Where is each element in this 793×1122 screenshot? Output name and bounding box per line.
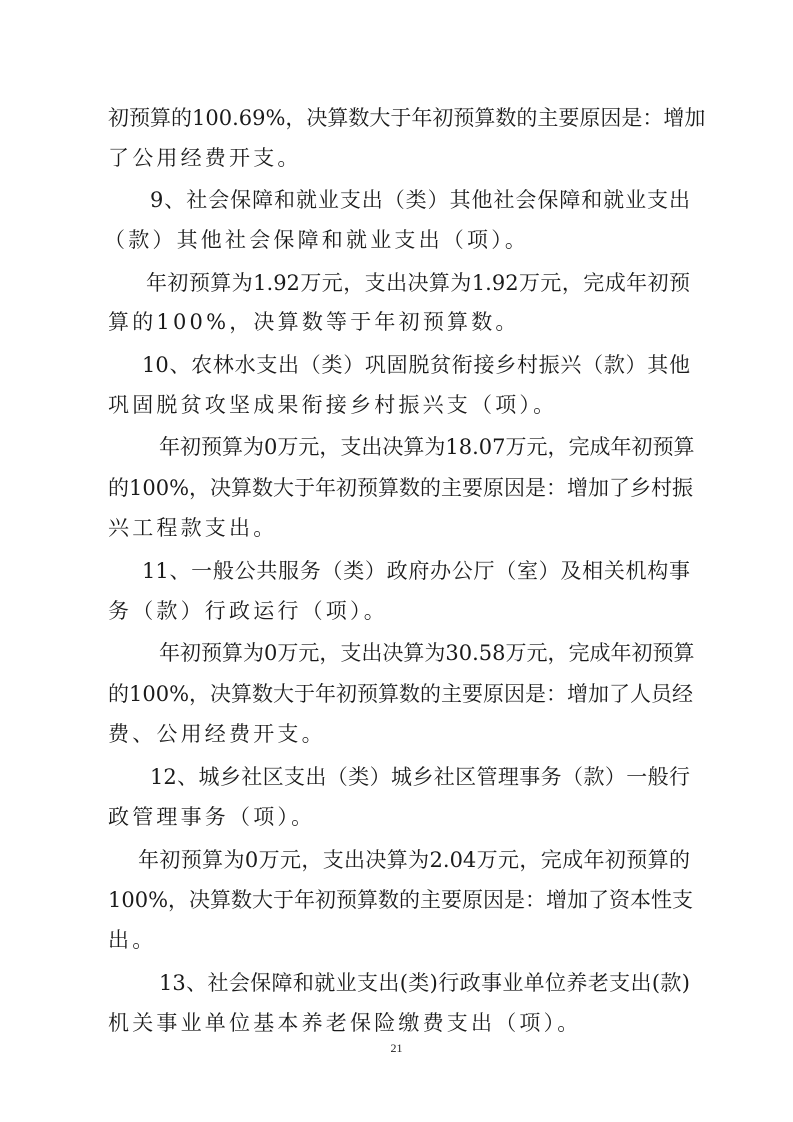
text-line: 政管理事务（项）。 — [108, 803, 690, 831]
document-page: 初预算的100.69%，决算数大于年初预算数的主要原因是：增加了公用经费开支。9… — [0, 0, 793, 1122]
text-line: 12、城乡社区支出（类）城乡社区管理事务（款）一般行 — [150, 763, 690, 791]
text-line: 兴工程款支出。 — [108, 514, 690, 542]
text-line: 年初预算为0万元，支出决算为30.58万元，完成年初预算 — [159, 639, 690, 667]
text-line: （款）其他社会保障和就业支出（项）。 — [104, 226, 690, 254]
text-line: 费、公用经费开支。 — [108, 720, 690, 748]
text-line: 初预算的100.69%，决算数大于年初预算数的主要原因是：增加 — [108, 104, 690, 132]
text-line: 13、社会保障和就业支出(类)行政事业单位养老支出(款) — [159, 969, 690, 997]
text-line: 巩固脱贫攻坚成果衔接乡村振兴支（项）。 — [108, 391, 690, 419]
text-line: 出。 — [108, 926, 690, 954]
text-line: 11、一般公共服务（类）政府办公厅（室）及相关机构事 — [142, 557, 690, 585]
text-line: 机关事业单位基本养老保险缴费支出（项）。 — [108, 1009, 690, 1037]
text-line: 的100%，决算数大于年初预算数的主要原因是：增加了乡村振 — [108, 474, 690, 502]
text-line: 100%，决算数大于年初预算数的主要原因是：增加了资本性支 — [108, 886, 690, 914]
text-line: 年初预算为1.92万元，支出决算为1.92万元，完成年初预 — [146, 269, 690, 297]
text-line: 10、农林水支出（类）巩固脱贫衔接乡村振兴（款）其他 — [142, 351, 690, 379]
text-line: 算的100%，决算数等于年初预算数。 — [108, 308, 690, 336]
text-line: 务（款）行政运行（项）。 — [108, 597, 690, 625]
text-line: 年初预算为0万元，支出决算为2.04万元，完成年初预算的 — [138, 846, 690, 874]
text-line: 了公用经费开支。 — [108, 144, 690, 172]
text-line: 9、社会保障和就业支出（类）其他社会保障和就业支出 — [150, 186, 690, 214]
page-number: 21 — [0, 1041, 793, 1056]
text-line: 年初预算为0万元，支出决算为18.07万元，完成年初预算 — [159, 433, 690, 461]
text-line: 的100%，决算数大于年初预算数的主要原因是：增加了人员经 — [108, 680, 690, 708]
